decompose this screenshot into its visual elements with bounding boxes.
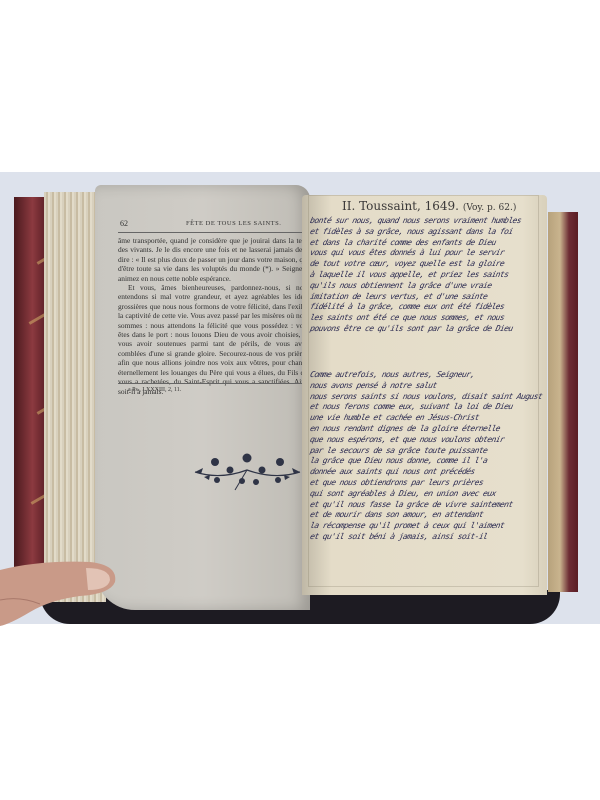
handwriting-line: la récompense qu'il promet à ceux qui l'…	[309, 521, 543, 532]
handwriting-line: pouvons être ce qu'ils sont par la grâce…	[309, 324, 543, 335]
hand-holding-book	[0, 560, 120, 630]
page-number: 62	[120, 219, 128, 228]
handwriting-line: et qu'il nous fasse la grâce de vivre sa…	[309, 500, 543, 511]
handwriting-paragraph-1: bonté sur nous, quand nous serons vraime…	[310, 216, 542, 335]
paragraph: âme transportée, quand je considère que …	[118, 236, 310, 283]
handwriting-line: la grâce que Dieu nous donne, comme il l…	[309, 456, 543, 467]
cover-right-edge	[548, 212, 578, 592]
handwriting-line: à laquelle il vous appelle, et priez les…	[309, 270, 543, 281]
manuscript-title: II. Toussaint, 1649. (Voy. p. 62.)	[342, 199, 516, 213]
page-reference: (Voy. p. 62.)	[463, 203, 517, 213]
handwriting-line: et que nous obtiendrons par leurs prière…	[309, 478, 543, 489]
handwriting-line: les saints ont été ce que nous sommes, e…	[309, 313, 543, 324]
handwriting-line: et fidèles à sa grâce, nous agissant dan…	[309, 227, 543, 238]
handwriting-line: Comme autrefois, nous autres, Seigneur,	[309, 370, 543, 381]
handwriting-line: donnée aux saints qui nous ont précédés	[309, 467, 543, 478]
handwriting-line: imitation de leurs vertus, et d'une sain…	[309, 292, 543, 303]
handwriting-line: bonté sur nous, quand nous serons vraime…	[309, 216, 543, 227]
handwriting-line: de tout votre cœur, voyez quelle est la …	[309, 259, 543, 270]
handwriting-line: qu'ils nous obtiennent la grâce d'une vr…	[309, 281, 543, 292]
handwriting-line: en nous rendant dignes de la gloire éter…	[309, 424, 543, 435]
handwriting-line: nous serons saints si nous voulons, disa…	[309, 392, 543, 403]
printed-text: âme transportée, quand je considère que …	[118, 236, 310, 396]
handwriting-line: et de mourir dans son amour, en attendan…	[309, 510, 543, 521]
handwriting-line: fidélité à la grâce, comme eux ont été f…	[309, 302, 543, 313]
handwriting-line: vous qui vous êtes donnés à lui pour le …	[309, 248, 543, 259]
handwriting-line: qui sont agréables à Dieu, en union avec…	[309, 489, 543, 500]
handwriting-paragraph-2: Comme autrefois, nous autres, Seigneur, …	[310, 370, 542, 543]
floral-ornament-icon	[190, 450, 305, 495]
handwriting-line: une vie humble et cachée en Jésus-Christ	[309, 413, 543, 424]
header-rule	[118, 232, 306, 233]
handwriting-line: par le secours de sa grâce toute puissan…	[309, 446, 543, 457]
paragraph: Et vous, âmes bienheureuses, pardonnez-n…	[118, 283, 310, 396]
footnote-rule	[118, 383, 306, 384]
handwriting-line: que nous espérons, et que nous voulons o…	[309, 435, 543, 446]
handwriting-line: et nous ferons comme eux, suivant la loi…	[309, 402, 543, 413]
running-title: FÊTE DE TOUS LES SAINTS.	[186, 220, 281, 227]
handwriting-line: et qu'il soit béni à jamais, ainsi soit-…	[309, 532, 543, 543]
footnote: a Ps., LXXXIII, 2, 11.	[128, 387, 181, 393]
handwriting-line: et dans la charité comme des enfants de …	[309, 238, 543, 249]
handwriting-line: nous avons pensé à notre salut	[309, 381, 543, 392]
